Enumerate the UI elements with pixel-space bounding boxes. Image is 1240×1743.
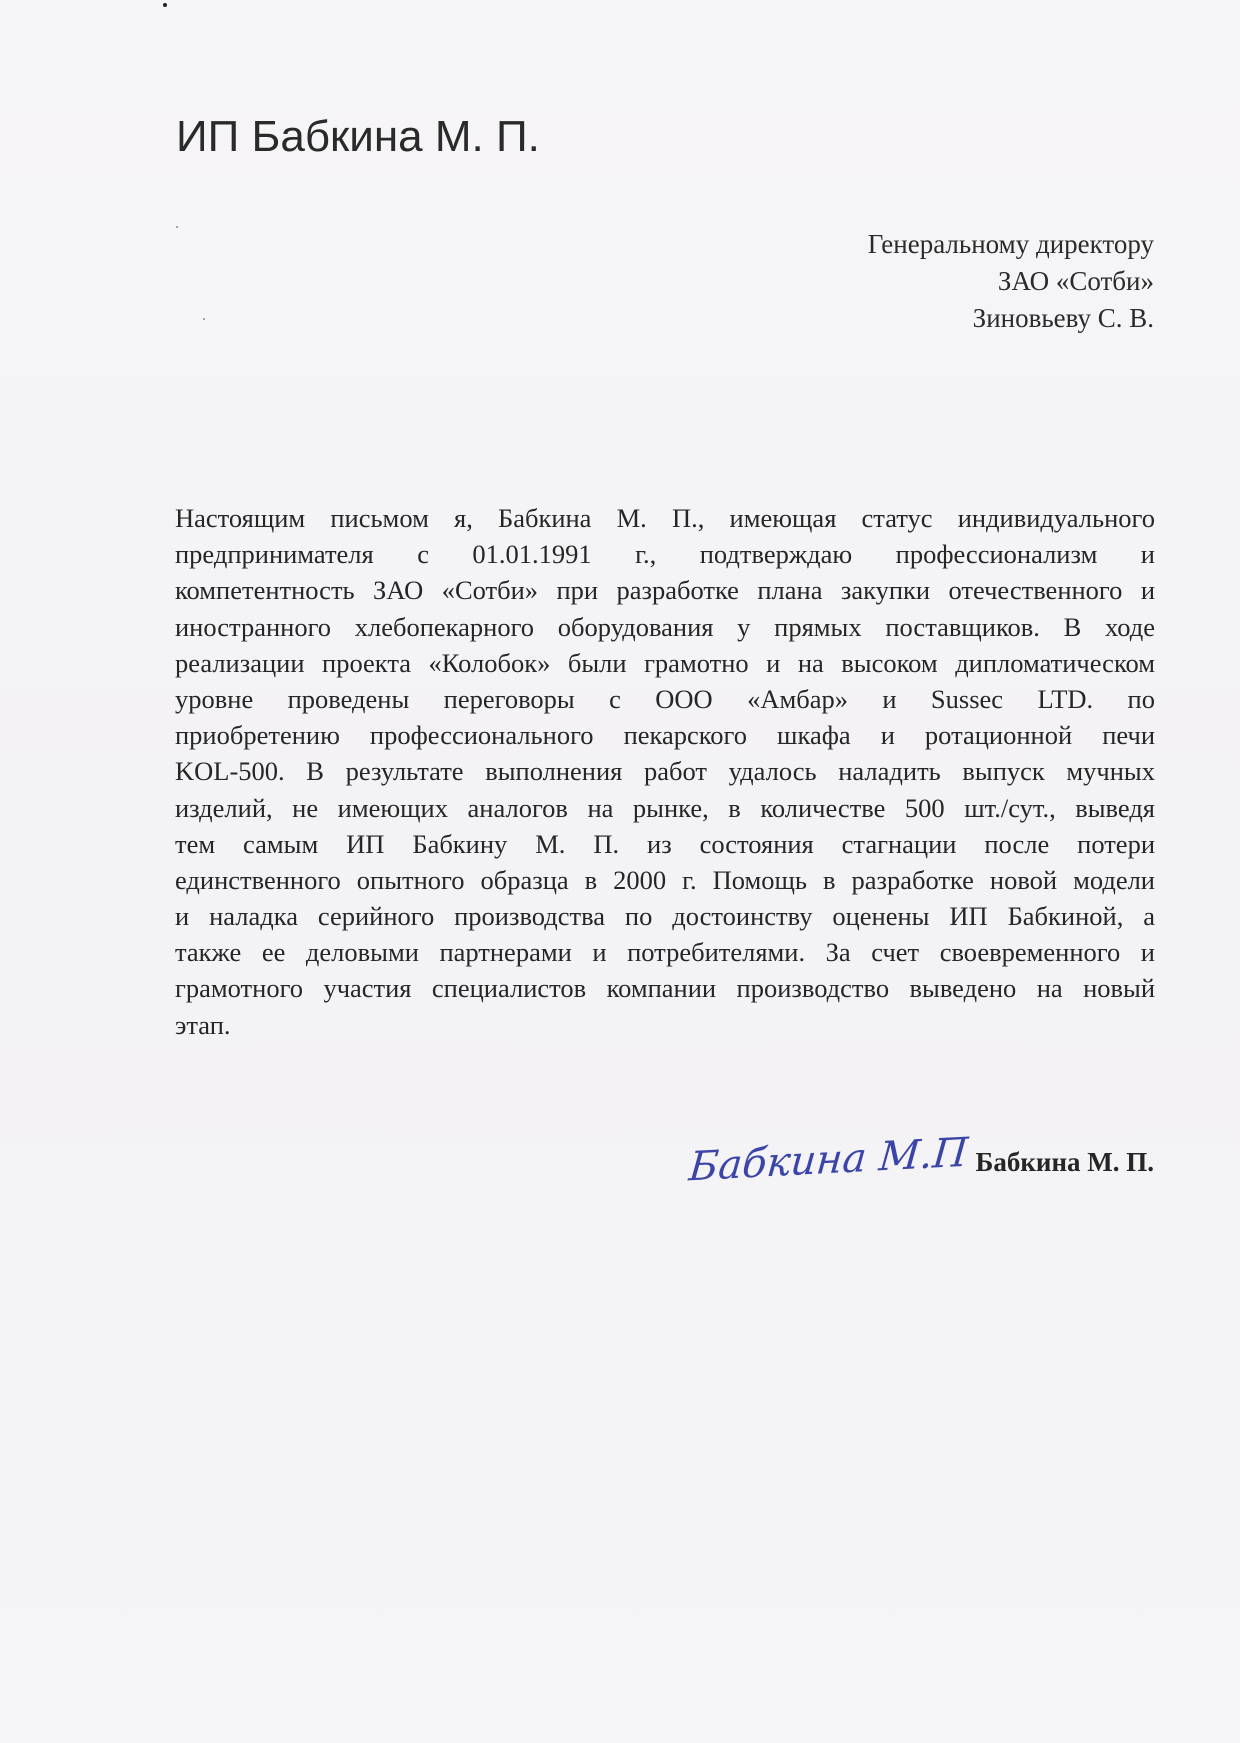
body-line: и наладка серийного производства по дост… [175, 898, 1155, 934]
addressee-title: Генеральному директору [868, 226, 1154, 263]
handwritten-signature: Бабкина М.П [687, 1133, 969, 1188]
body-line: предпринимателя с 01.01.1991 г., подтвер… [175, 536, 1155, 572]
addressee-company: ЗАО «Сотби» [868, 263, 1154, 300]
body-line: изделий, не имеющих аналогов на рынке, в… [175, 790, 1155, 826]
body-line: грамотного участия специалистов компании… [175, 970, 1155, 1006]
body-line: этап. [175, 1007, 1155, 1043]
body-line: KOL-500. В результате выполнения работ у… [175, 753, 1155, 789]
scan-speck [163, 3, 167, 7]
body-line: тем самым ИП Бабкину М. П. из состояния … [175, 826, 1155, 862]
letter-body: Настоящим письмом я, Бабкина М. П., имею… [175, 500, 1155, 1043]
signature-block: Бабкина М.П Бабкина М. П. [689, 1140, 1154, 1180]
addressee-block: Генеральному директору ЗАО «Сотби» Зинов… [868, 226, 1154, 337]
body-line: единственного опытного образца в 2000 г.… [175, 862, 1155, 898]
body-line: также ее деловыми партнерами и потребите… [175, 934, 1155, 970]
body-line: компетентность ЗАО «Сотби» при разработк… [175, 572, 1155, 608]
body-line: Настоящим письмом я, Бабкина М. П., имею… [175, 500, 1155, 536]
body-line: иностранного хлебопекарного оборудования… [175, 609, 1155, 645]
signer-name: Бабкина М. П. [975, 1147, 1154, 1180]
letter-page: ИП Бабкина М. П. Генеральному директору … [0, 0, 1240, 1743]
scan-speck [203, 318, 205, 320]
sender-heading: ИП Бабкина М. П. [176, 112, 540, 162]
scan-speck [176, 226, 178, 228]
body-line: приобретению профессионального пекарског… [175, 717, 1155, 753]
body-line: реализации проекта «Колобок» были грамот… [175, 645, 1155, 681]
body-line: уровне проведены переговоры с ООО «Амбар… [175, 681, 1155, 717]
addressee-name: Зиновьеву С. В. [868, 300, 1154, 337]
